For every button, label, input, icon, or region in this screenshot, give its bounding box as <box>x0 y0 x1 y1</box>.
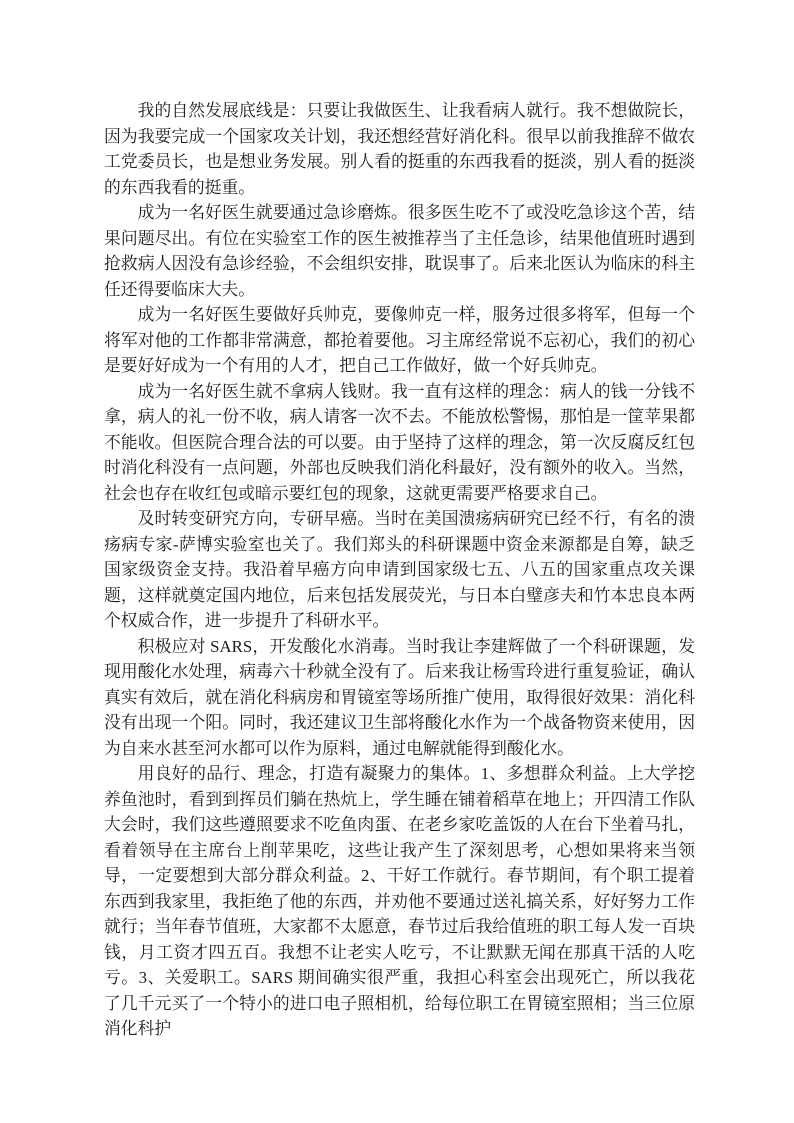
paragraph: 及时转变研究方向，专研早癌。当时在美国溃疡病研究已经不行，有名的溃疡病专家-萨博… <box>104 506 695 634</box>
paragraph: 成为一名好医生要做好兵帅克，要像帅克一样，服务过很多将军，但每一个将军对他的工作… <box>104 302 695 379</box>
paragraph: 我的自然发展底线是：只要让我做医生、让我看病人就行。我不想做院长，因为我要完成一… <box>104 98 695 200</box>
paragraph: 用良好的品行、理念，打造有凝聚力的集体。1、多想群众利益。上大学挖养鱼池时，看到… <box>104 761 695 1042</box>
paragraph: 积极应对 SARS，开发酸化水消毒。当时我让李建辉做了一个科研课题，发现用酸化水… <box>104 634 695 762</box>
paragraph: 成为一名好医生就要通过急诊磨炼。很多医生吃不了或没吃急诊这个苦，结果问题尽出。有… <box>104 200 695 302</box>
text-block: 我的自然发展底线是：只要让我做医生、让我看病人就行。我不想做院长，因为我要完成一… <box>104 98 695 1042</box>
paragraph: 成为一名好医生就不拿病人钱财。我一直有这样的理念：病人的钱一分钱不拿，病人的礼一… <box>104 379 695 507</box>
document-page: 我的自然发展底线是：只要让我做医生、让我看病人就行。我不想做院长，因为我要完成一… <box>0 0 794 1123</box>
